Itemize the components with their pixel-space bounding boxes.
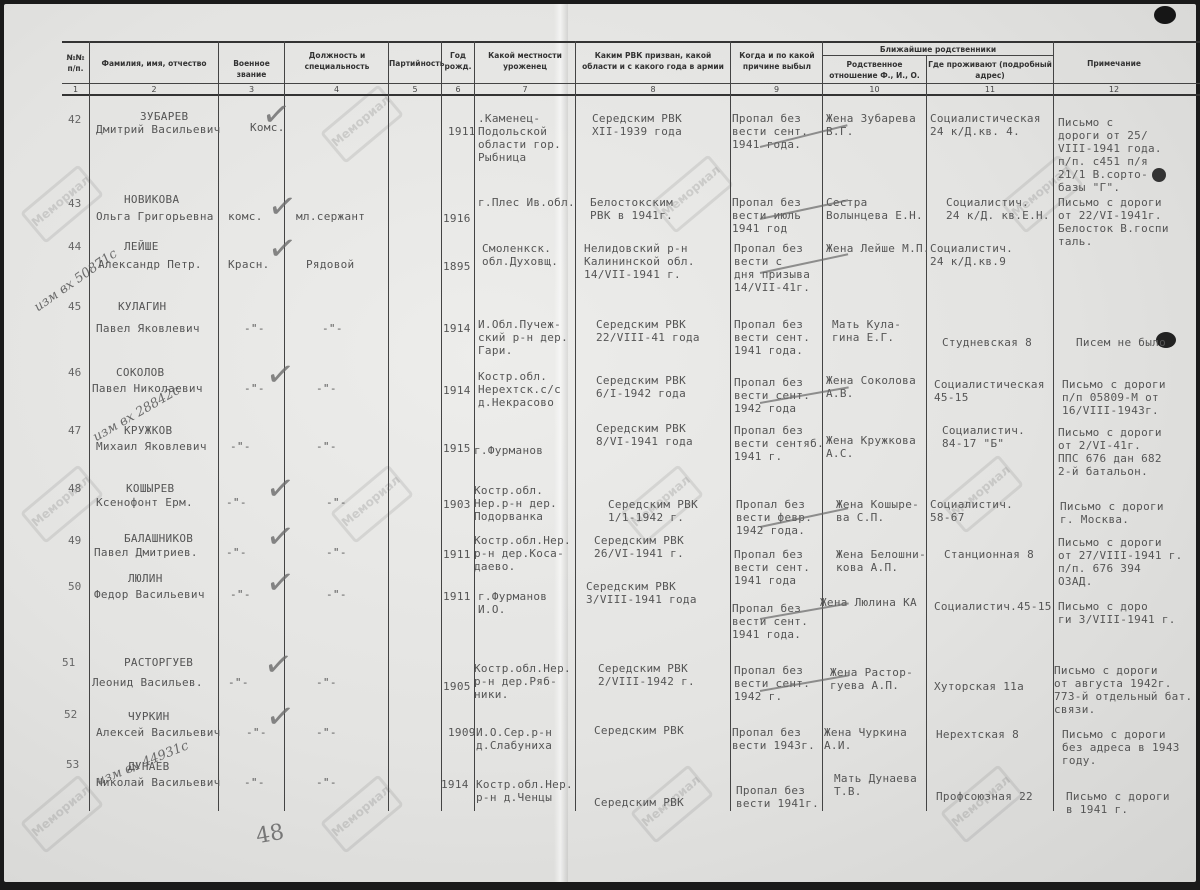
birthplace: г.Плес Ив.обл. [478, 196, 575, 209]
birthplace: Костр.обл. Нер.р-н дер. Подорванка [474, 484, 557, 523]
birthplace: Костр.обл. Нерехтск.с/с д.Некрасово [478, 370, 561, 409]
birth-year: 1911 [443, 590, 471, 603]
group-rule [822, 55, 1054, 56]
check-mark: ✓ [266, 188, 299, 226]
given-name: Павел Яковлевич [96, 322, 200, 335]
position: -"- [316, 440, 337, 453]
row-number: 49 [68, 534, 81, 547]
reason: Пропал без вести сент. 1941 года. [734, 318, 810, 357]
watermark-stamp: Мемориал [20, 774, 104, 853]
birth-year: 1915 [443, 442, 471, 455]
row-number: 47 [68, 424, 81, 437]
reason: Пропал без вести с дня призыва 14/VII-41… [734, 242, 810, 294]
relative: Жена Люлина КА [820, 596, 917, 609]
birthplace: Смоленкск. обл.Духовщ. [482, 242, 558, 268]
surname: ЧУРКИН [128, 710, 170, 723]
note: Письмо с дороги п/п 05809-М от 16/VIII-1… [1062, 378, 1166, 417]
row-number: 42 [68, 113, 81, 126]
surname: РАСТОРГУЕВ [124, 656, 193, 669]
rank: -"- [244, 322, 265, 335]
check-mark: ✓ [264, 356, 297, 394]
given-name: Ксенофонт Ерм. [96, 496, 193, 509]
column-divider [730, 41, 731, 811]
position: -"- [326, 588, 347, 601]
rank: комс. [228, 210, 263, 223]
header-num: 7 [475, 85, 575, 94]
check-mark: ✓ [260, 96, 293, 134]
surname: ЛЕЙШЕ [124, 240, 159, 253]
address: Социалистическая 45-15 [934, 378, 1045, 404]
relative: Мать Дунаева Т.В. [834, 772, 917, 798]
birth-year: 1914 [443, 322, 471, 335]
paper-hole [1154, 6, 1176, 24]
column-divider [284, 41, 285, 811]
page-number: 48 [254, 820, 286, 849]
position: -"- [316, 382, 337, 395]
birthplace: И.О.Сер.р-н д.Слабуниха [476, 726, 552, 752]
header-col-9: Когда и по какой причине выбыл [736, 50, 818, 72]
position: -"- [316, 726, 337, 739]
header-col-8: Каким РВК призван, какой области и с как… [578, 50, 728, 72]
table-top-rule [62, 41, 1200, 43]
header-num: 8 [576, 85, 730, 94]
header-col-12: Примечание [1054, 58, 1174, 69]
address: Социалистич. 58-67 [930, 498, 1013, 524]
check-mark: ✓ [264, 698, 297, 736]
given-name: Павел Николаевич [92, 382, 203, 395]
rank: -"- [244, 382, 265, 395]
given-name: Михаил Яковлевич [96, 440, 207, 453]
birthplace: Костр.обл.Нер. р-н д.Ченцы [476, 778, 573, 804]
position: Рядовой [306, 258, 354, 271]
check-mark: ✓ [264, 470, 297, 508]
position: -"- [326, 546, 347, 559]
column-divider [575, 41, 576, 811]
header-num: 12 [1054, 85, 1174, 94]
surname: ЗУБАРЕВ [140, 110, 188, 123]
header-num: 5 [389, 85, 441, 94]
note: Письмо с дороги от августа 1942г. 773-й … [1054, 664, 1192, 716]
rvk: Нелидовский р-н Калининской обл. 14/VII-… [584, 242, 695, 281]
address: Станционная 8 [944, 548, 1034, 561]
row-number: 44 [68, 240, 81, 253]
rvk: Середским РВК 1/1-1942 г. [608, 498, 698, 524]
rank: Красн. [228, 258, 270, 271]
surname: ЛЮЛИН [128, 572, 163, 585]
note: Письмо с дороги от 27/VIII-1941 г. п/п. … [1058, 536, 1183, 588]
rvk: Середским РВК 6/I-1942 года [596, 374, 686, 400]
header-col-3: Военное звание [219, 58, 284, 80]
note: Письмо с дороги в 1941 г. [1066, 790, 1170, 816]
rvk: Середским РВК 26/VI-1941 г. [594, 534, 684, 560]
surname: НОВИКОВА [124, 193, 179, 206]
address: Социалистич. 84-17 "Б" [942, 424, 1025, 450]
header-num: 1 [62, 85, 89, 94]
note: Письмо с доро ги 3/VIII-1941 г. [1058, 600, 1176, 626]
position: -"- [316, 776, 337, 789]
address: Профсоюзная 22 [936, 790, 1033, 803]
row-number: 52 [64, 708, 77, 721]
header-col-11: Где проживают (подробный адрес) [927, 59, 1053, 81]
rvk: Середским РВК [594, 724, 684, 737]
birthplace: Костр.обл.Нер. р-н дер.Ряб- ники. [474, 662, 571, 701]
row-number: 51 [62, 656, 75, 669]
header-col-6: Год рожд. [442, 50, 474, 72]
rank: -"- [230, 440, 251, 453]
address: Социалистич. 24 к/Д.кв.9 [930, 242, 1013, 268]
surname: СОКОЛОВ [116, 366, 164, 379]
birth-year: 1911 [448, 125, 476, 138]
given-name: Ольга Григорьевна [96, 210, 214, 223]
watermark-stamp: Мемориал [320, 84, 404, 163]
row-number: 48 [68, 482, 81, 495]
rvk: Середским РВК 2/VIII-1942 г. [598, 662, 695, 688]
column-divider [441, 41, 442, 811]
header-num: 4 [285, 85, 388, 94]
note: Писем не было [1076, 336, 1166, 349]
header-bottom-rule [62, 94, 1200, 96]
header-num: 3 [219, 85, 284, 94]
reason: Пропал без вести 1943г. [732, 726, 815, 752]
check-mark: ✓ [262, 646, 295, 684]
surname: КРУЖКОВ [124, 424, 172, 437]
address: Хуторская 11а [934, 680, 1024, 693]
address: Социалистическая 24 к/Д.кв. 4. [930, 112, 1041, 138]
rank: -"- [226, 546, 247, 559]
header-num: 2 [90, 85, 218, 94]
column-divider [388, 41, 389, 811]
note: Письмо с дороги г. Москва. [1060, 500, 1164, 526]
column-divider [218, 41, 219, 811]
surname: КОШЫРЕВ [126, 482, 174, 495]
row-number: 45 [68, 300, 81, 313]
reason: Пропал без вести сент. 1941 года [734, 548, 810, 587]
relative: Жена Растор- гуева А.П. [830, 666, 913, 692]
position: -"- [322, 322, 343, 335]
rvk: Белостокским РВК в 1941г. [590, 196, 673, 222]
rvk: Середским РВК 22/VIII-41 года [596, 318, 700, 344]
surname: БАЛАШНИКОВ [124, 532, 193, 545]
position: мл.сержант [296, 210, 365, 223]
position: -"- [326, 496, 347, 509]
row-number: 50 [68, 580, 81, 593]
birthplace: .Каменец- Подольской области гор. Рыбниц… [478, 112, 561, 164]
header-col-1: №№ п/п. [62, 52, 89, 74]
given-name: Леонид Васильев. [92, 676, 203, 689]
header-num: 11 [927, 85, 1053, 94]
relative: Жена Лейше М.П. [826, 242, 930, 255]
birthplace: Костр.обл.Нер. р-н дер.Коса- даево. [474, 534, 571, 573]
birthplace: г.Фурманов И.О. [478, 590, 547, 616]
header-col-10: Родственное отношение Ф., И., О. [823, 59, 926, 81]
check-mark: ✓ [264, 564, 297, 602]
given-name: Дмитрий Васильевич [96, 123, 221, 136]
reason: Пропал без вести 1941г. [736, 784, 819, 810]
note: Письмо с дороги от 22/VI-1941г. Белосток… [1058, 196, 1169, 248]
address: Социалистич.45-15 [934, 600, 1052, 613]
birth-year: 1905 [443, 680, 471, 693]
given-name: Алексей Васильевич [96, 726, 221, 739]
reason: Пропал без вести сентяб. 1941 г. [734, 424, 824, 463]
header-num: 10 [823, 85, 926, 94]
note: Письмо с дороги без адреса в 1943 году. [1062, 728, 1180, 767]
relative: Жена Кошыре- ва С.П. [836, 498, 919, 524]
address: Нерехтская 8 [936, 728, 1019, 741]
header-rule [62, 83, 1200, 84]
rvk: Середским РВК XII-1939 года [592, 112, 682, 138]
row-number: 43 [68, 197, 81, 210]
header-col-2: Фамилия, имя, отчество [90, 58, 218, 69]
note: Письмо с дороги от 25/ VIII-1941 года. п… [1058, 116, 1162, 194]
relative: Жена Белошни- кова А.П. [836, 548, 926, 574]
row-number: 46 [68, 366, 81, 379]
row-number: 53 [66, 758, 79, 771]
birth-year: 1903 [443, 498, 471, 511]
given-name: Павел Дмитриев. [94, 546, 198, 559]
rank: -"- [230, 588, 251, 601]
birth-year: 1914 [441, 778, 469, 791]
relative: Жена Кружкова А.С. [826, 434, 916, 460]
watermark-stamp: Мемориал [940, 764, 1024, 843]
birth-year: 1916 [443, 212, 471, 225]
check-mark: ✓ [266, 230, 299, 268]
birth-year: 1911 [443, 548, 471, 561]
birthplace: И.Обл.Пучеж- ский р-н дер. Гари. [478, 318, 568, 357]
note: Письмо с дороги от 2/VI-41г. ППС 676 дан… [1058, 426, 1162, 478]
relative: Жена Чуркина А.И. [824, 726, 907, 752]
given-name: Федор Васильевич [94, 588, 205, 601]
header-num: 6 [442, 85, 474, 94]
watermark-stamp: Мемориал [20, 464, 104, 543]
rank: -"- [226, 496, 247, 509]
birth-year: 1895 [443, 260, 471, 273]
watermark-stamp: Мемориал [20, 164, 104, 243]
rvk: Середским РВК [594, 796, 684, 809]
check-mark: ✓ [264, 518, 297, 556]
header-col-5: Партийность [389, 58, 441, 69]
birth-year: 1909 [448, 726, 476, 739]
rvk: Середским РВК 8/VI-1941 года [596, 422, 693, 448]
surname: КУЛАГИН [118, 300, 166, 313]
rank: -"- [244, 776, 265, 789]
column-divider [926, 55, 927, 811]
rvk: Середским РВК 3/VIII-1941 года [586, 580, 697, 606]
header-col-7: Какой местности уроженец [480, 50, 570, 72]
birthplace: г.Фурманов [474, 444, 543, 457]
address: Студневская 8 [942, 336, 1032, 349]
header-num: 9 [731, 85, 822, 94]
birth-year: 1914 [443, 384, 471, 397]
position: -"- [316, 676, 337, 689]
reason: Пропал без вести сент. 1941 года. [732, 602, 808, 641]
column-divider [89, 41, 90, 811]
relative: Мать Кула- гина Е.Г. [832, 318, 901, 344]
address: Социалистич. 24 к/Д. кв.Е.Н. [946, 196, 1050, 222]
rank: -"- [228, 676, 249, 689]
header-group-relatives: Ближайшие родственники [822, 44, 1054, 55]
header-col-4: Должность и специальность [292, 50, 382, 72]
